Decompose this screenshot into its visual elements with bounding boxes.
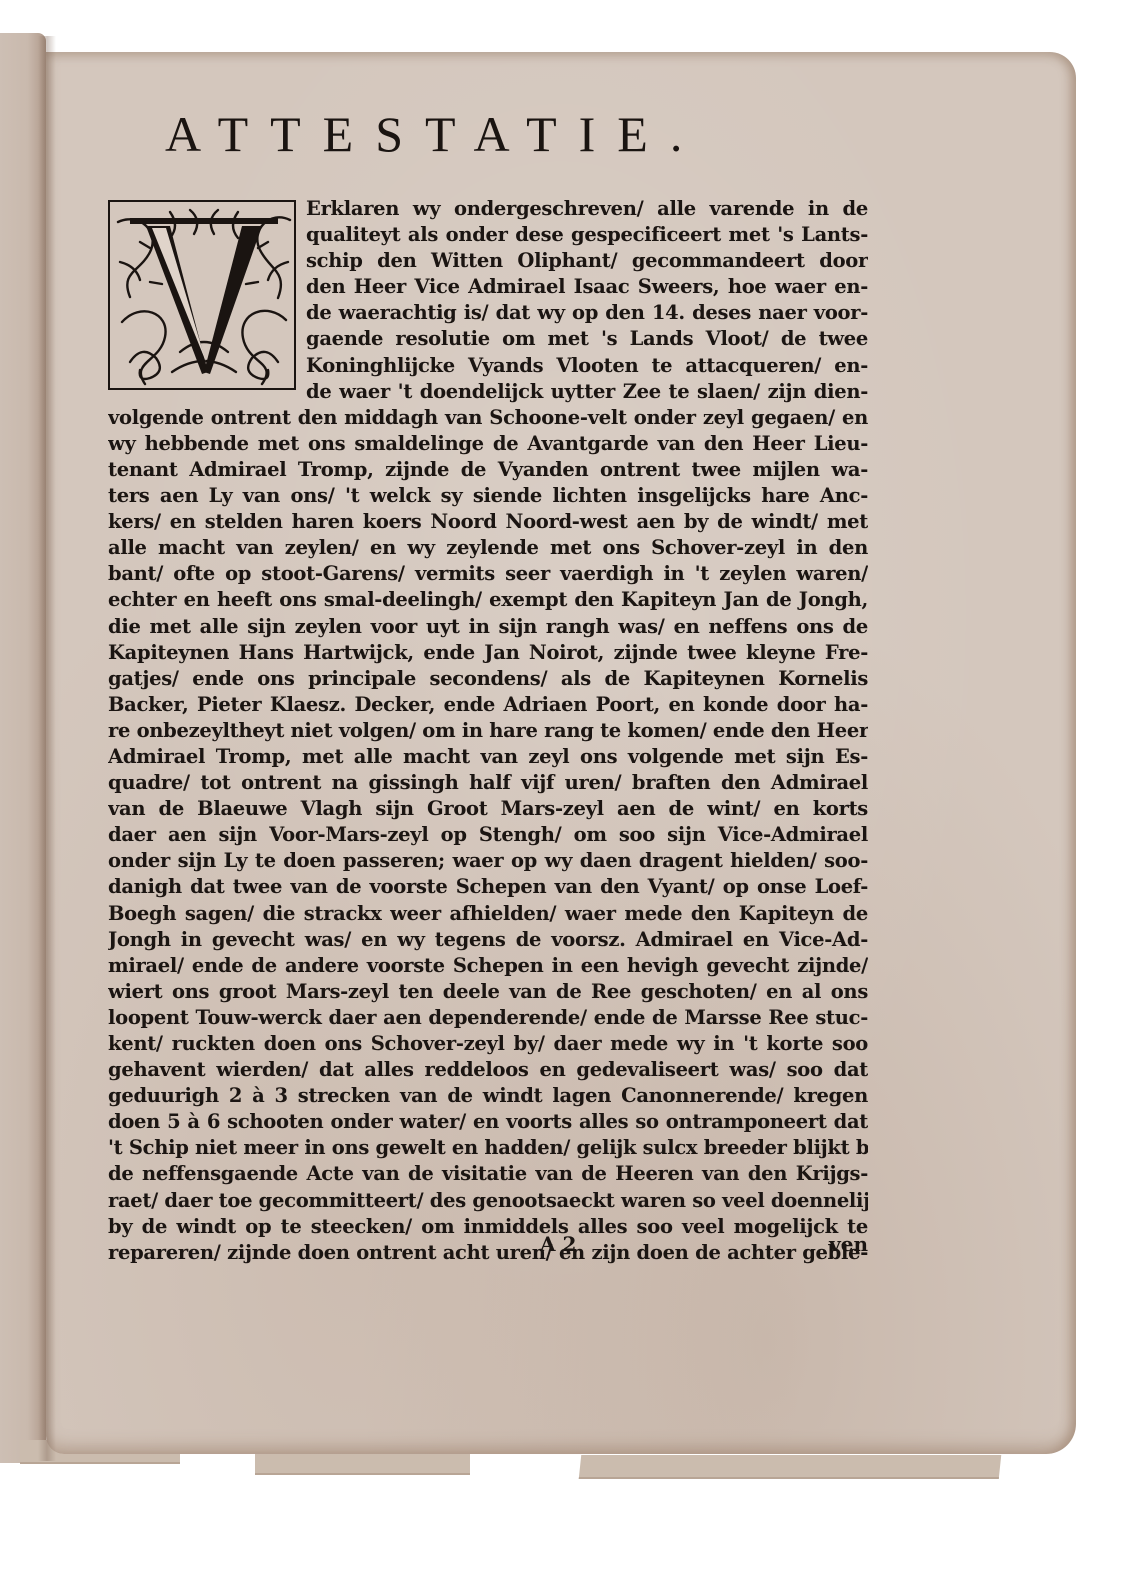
text-line: geduurigh 2 à 3 strecken van de windt la… bbox=[108, 1083, 868, 1109]
text-line: bant/ ofte op stoot-Garens/ vermits seer… bbox=[108, 561, 868, 587]
text-line: Kapiteynen Hans Hartwijck, ende Jan Noir… bbox=[108, 640, 868, 666]
text-line: Koninghlijcke Vyands Vlooten te attacque… bbox=[108, 353, 868, 379]
text-line: Jongh in gevecht was/ en wy tegens de vo… bbox=[108, 927, 868, 953]
signature-mark: A 2 bbox=[540, 1232, 576, 1256]
gutter-shadow bbox=[38, 36, 56, 1461]
text-line: alle macht van zeylen/ en wy zeylende me… bbox=[108, 535, 868, 561]
page-footer: A 2 ven bbox=[108, 1232, 868, 1260]
text-line: van de Blaeuwe Vlagh sijn Groot Mars-zey… bbox=[108, 796, 868, 822]
text-line: ters aen Ly van ons/ 't welck sy siende … bbox=[108, 483, 868, 509]
text-line: 't Schip niet meer in ons gewelt en hadd… bbox=[108, 1135, 868, 1161]
text-line: wiert ons groot Mars-zeyl ten deele van … bbox=[108, 979, 868, 1005]
text-line: tenant Admirael Tromp, zijnde de Vyanden… bbox=[108, 457, 868, 483]
text-line: schip den Witten Oliphant/ gecommandeert… bbox=[108, 248, 868, 274]
text-line: gehavent wierden/ dat alles reddeloos en… bbox=[108, 1057, 868, 1083]
text-line: die met alle sijn zeylen voor uyt in sij… bbox=[108, 614, 868, 640]
catchword: ven bbox=[829, 1232, 868, 1256]
text-line: onder sijn Ly te doen passeren; waer op … bbox=[108, 848, 868, 874]
text-line: wy hebbende met ons smaldelinge de Avant… bbox=[108, 431, 868, 457]
text-line: Backer, Pieter Klaesz. Decker, ende Adri… bbox=[108, 692, 868, 718]
text-line: de waerachtig is/ dat wy op den 14. dese… bbox=[108, 300, 868, 326]
text-line: raet/ daer toe gecommitteert/ des genoot… bbox=[108, 1188, 868, 1214]
text-line: daer aen sijn Voor-Mars-zeyl op Stengh/ … bbox=[108, 822, 868, 848]
text-line: de neffensgaende Acte van de visitatie v… bbox=[108, 1161, 868, 1187]
text-line: Admirael Tromp, met alle macht van zeyl … bbox=[108, 744, 868, 770]
text-line: mirael/ ende de andere voorste Schepen i… bbox=[108, 953, 868, 979]
text-line: de waer 't doendelijck uytter Zee te sla… bbox=[108, 379, 868, 405]
text-line: kent/ ruckten doen ons Schover-zeyl by/ … bbox=[108, 1031, 868, 1057]
text-line: gatjes/ ende ons principale secondens/ a… bbox=[108, 666, 868, 692]
text-line: echter en heeft ons smal-deelingh/ exemp… bbox=[108, 587, 868, 613]
page-stack-bottom-edge bbox=[579, 1455, 1002, 1479]
text-line: gaende resolutie om met 's Lands Vloot/ … bbox=[108, 326, 868, 352]
text-line: re onbezeyltheyt niet volgen/ om in hare… bbox=[108, 718, 868, 744]
text-line: doen 5 à 6 schooten onder water/ en voor… bbox=[108, 1109, 868, 1135]
text-line: Boegh sagen/ die strackx weer afhielden/… bbox=[108, 901, 868, 927]
body-text: Erklaren wy ondergeschreven/ alle varend… bbox=[108, 196, 868, 1266]
page-title: ATTESTATIE. bbox=[165, 105, 790, 163]
text-line: qualiteyt als onder dese gespecificeert … bbox=[108, 222, 868, 248]
text-line: Erklaren wy ondergeschreven/ alle varend… bbox=[108, 196, 868, 222]
text-line: danigh dat twee van de voorste Schepen v… bbox=[108, 874, 868, 900]
text-line: quadre/ tot ontrent na gissingh half vij… bbox=[108, 770, 868, 796]
text-line: den Heer Vice Admirael Isaac Sweers, hoe… bbox=[108, 274, 868, 300]
text-line: volgende ontrent den middagh van Schoone… bbox=[108, 405, 868, 431]
text-line: kers/ en stelden haren koers Noord Noord… bbox=[108, 509, 868, 535]
text-line: loopent Touw-werck daer aen dependerende… bbox=[108, 1005, 868, 1031]
